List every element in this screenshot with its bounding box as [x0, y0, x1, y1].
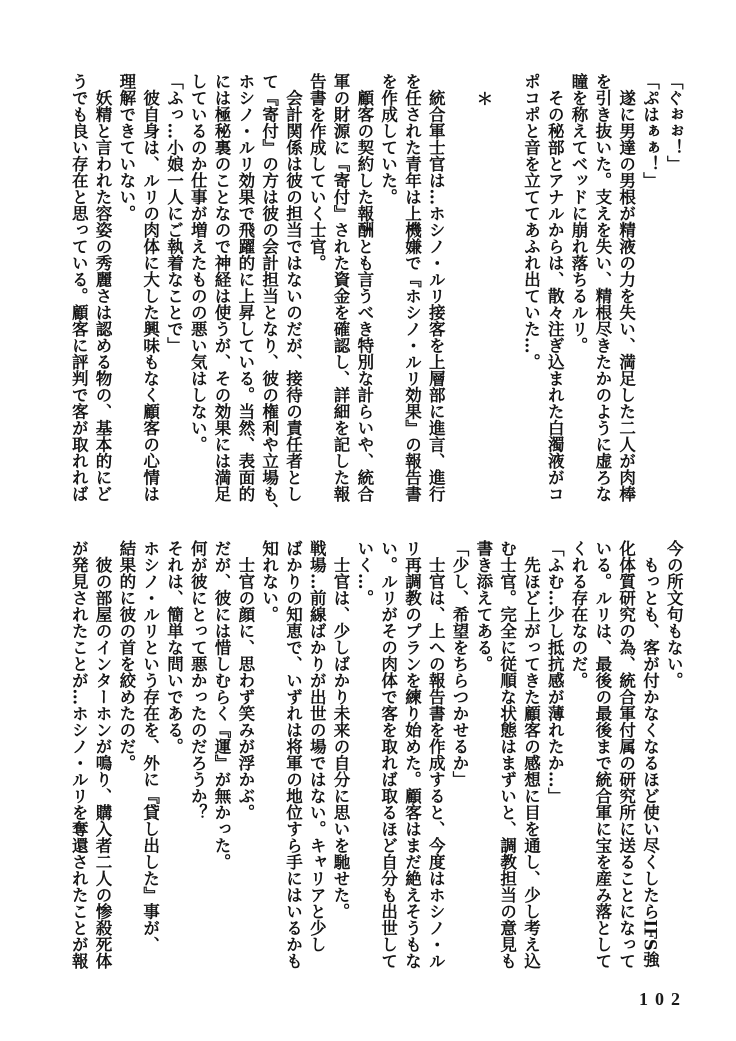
text-column: む士官。完全に従順な状態はまずいと、調教担当の意見も [498, 540, 515, 969]
text-column: 今の所文句もない。 [665, 540, 682, 689]
text-column: 遂に男達の男根が精液の力を失い、満足した二人が肉棒 [617, 73, 634, 502]
text-column: くれる存在なのだ。 [570, 540, 587, 689]
text-column: 士官は、少しばかり未来の自分に思いを馳せた。 [332, 540, 349, 920]
text-column: ポコポと音を立ててあふれ出ていた…。 [522, 73, 539, 370]
scene-break-asterisk: ＊ [474, 90, 491, 107]
text-column: 顧客の契約した報酬とも言うべき特別な計らいや、統合 [355, 73, 372, 502]
text-block-upper: 「ぐぉぉ！」 「ぷはぁぁ！」 遂に男達の男根が精液の力を失い、満足した二人が肉棒… [0, 73, 736, 513]
text-column: い。ルリがその肉体で客を取れば取るほど自分も出世して [379, 540, 396, 969]
text-column: 化体質研究の為、統合軍付属の研究所に送ることになって [617, 540, 634, 969]
text-column: 彼の部屋のインターホンが鳴り、購入者二人の惨殺死体 [94, 540, 111, 969]
text-column: 統合軍士官は…ホシノ・ルリ接客を上層部に進言、進行 [427, 73, 444, 502]
text-column: 告書を作成していく士官。 [308, 73, 325, 271]
text-column: を引き抜いた。支えを失い、精根尽きたかのように虚ろな [593, 73, 610, 502]
text-column: を作成していた。 [379, 73, 396, 205]
text-column: 「ふむ…少し抵抗感が薄れたか…」 [546, 540, 563, 804]
text-column: 戦場…前線ばかりが出世の場ではない。キャリアと少し [308, 540, 325, 953]
text-column: て『寄付』の方は彼の会計担当となり、彼の権利や立場も、 [260, 73, 277, 519]
text-column: いく…。 [355, 540, 372, 606]
text-column: ばかりの知恵で、いずれは将軍の地位すら手にはいるかも [284, 540, 301, 969]
text-column: が発見されたことが…ホシノ・ルリを奪還されたことが報 [70, 540, 87, 969]
text-column: ホシノ・ルリ効果で飛躍的に上昇している。当然、表面的 [236, 73, 253, 502]
text-column: 軍の財源に『寄付』された資金を確認し、詳細を記した報 [332, 73, 349, 502]
text-column: 「ふっ…小娘一人にご執着なことで」 [165, 73, 182, 354]
text-column: うでも良い存在と思っている。顧客に評判で客が取れれば [70, 73, 87, 502]
text-column: だが、彼には惜しむらく『運』が無かった。 [213, 540, 230, 870]
text-column: 士官は、上への報告書を作成すると、今度はホシノ・ル [427, 540, 444, 969]
text-column: 書き添えてある。 [474, 540, 491, 672]
text-column: 「少し、希望をちらつかせるか」 [451, 540, 468, 788]
text-column: しているのか仕事が増えたものの悪い気はしない。 [189, 73, 206, 453]
text-column: それは、簡単な問いである。 [165, 540, 182, 755]
text-column: には極秘裏のことなので神経は使うが、その効果には満足 [213, 73, 230, 502]
text-column: 結果的に彼の首を絞めたのだ。 [117, 540, 134, 771]
text-column: 何が彼にとって悪かったのだろうか？ [189, 540, 206, 821]
text-column: もっとも、客が付かなくなるほど使い尽くしたらIFS強 [641, 540, 658, 967]
text-column: を任された青年は上機嫌で『ホシノ・ルリ効果』の報告書 [403, 73, 420, 502]
text-column: ホシノ・ルリという存在を、外に『貸し出した』事が、 [141, 540, 158, 953]
text-column: その秘部とアナルからは、散々注ぎ込まれた白濁液がコ [546, 73, 563, 502]
text-column: 理解できていない。 [117, 73, 134, 222]
text-column: 妖精と言われた容姿の秀麗さは認める物の、基本的にど [94, 73, 111, 502]
text-column: 知れない。 [260, 540, 277, 623]
text-column: 士官の顔に、思わず笑みが浮かぶ。 [236, 540, 253, 821]
text-column: 先ほど上がってきた顧客の感想に目を通し、少し考え込 [522, 540, 539, 969]
text-column: 瞳を称えてベッドに崩れ落ちるルリ。 [570, 73, 587, 354]
text-column: いる。ルリは、最後の最後まで統合軍に宝を産み落として [593, 540, 610, 969]
book-page: 「ぐぉぉ！」 「ぷはぁぁ！」 遂に男達の男根が精液の力を失い、満足した二人が肉棒… [0, 0, 736, 1041]
text-column: 彼自身は、ルリの肉体に大した興味もなく顧客の心情は [141, 73, 158, 502]
text-block-lower: 今の所文句もない。 もっとも、客が付かなくなるほど使い尽くしたらIFS強 化体質… [0, 540, 736, 980]
text-column: 「ぷはぁぁ！」 [641, 73, 658, 189]
text-column: 会計関係は彼の担当ではないのだが、接待の責任者とし [284, 73, 301, 502]
page-number: 102 [639, 989, 687, 1010]
text-column: リ再調教のプランを練り始めた。顧客はまだ絶えそうもな [403, 540, 420, 969]
text-column: 「ぐぉぉ！」 [665, 73, 682, 172]
